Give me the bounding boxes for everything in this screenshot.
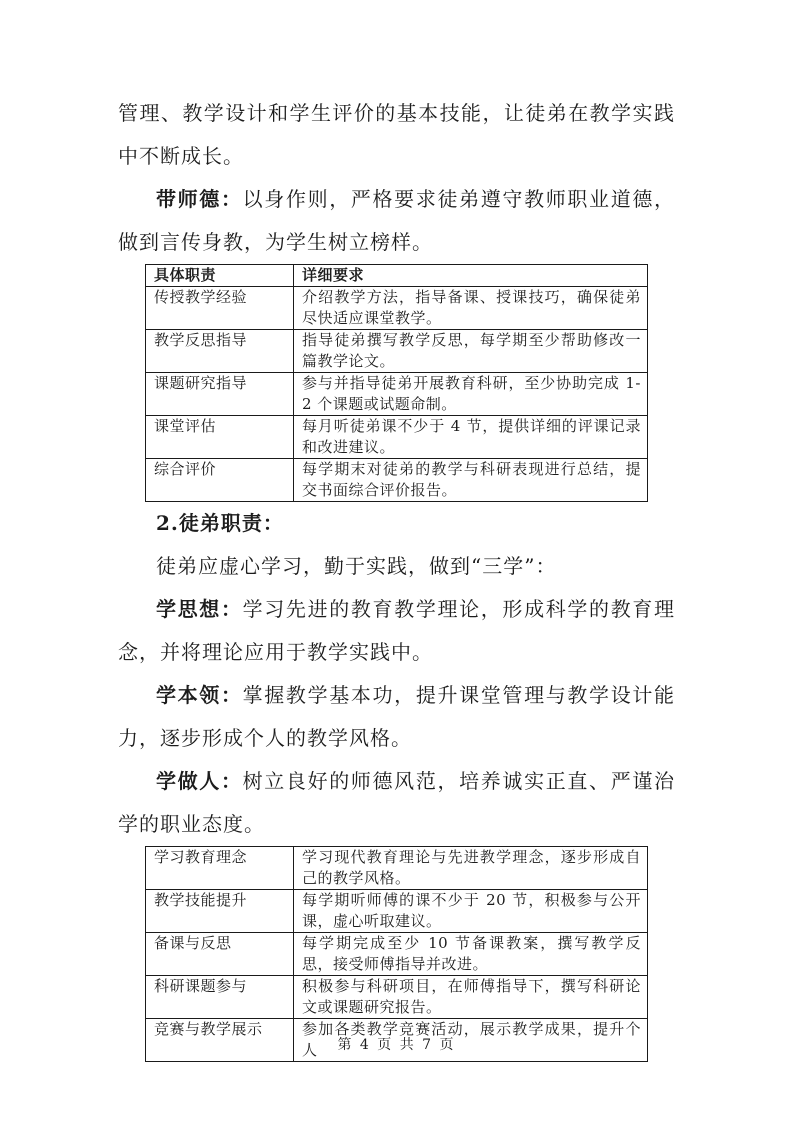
paragraph-daishide: 带师德：以身作则，严格要求徒弟遵守教师职业道德，做到言传身教，为学生树立榜样。: [118, 178, 675, 264]
paragraph-bold-lead: 带师德：: [156, 187, 243, 211]
document-page: 管理、教学设计和学生评价的基本技能，让徒弟在教学实践中不断成长。 带师德：以身作…: [0, 0, 793, 1122]
requirement-cell: 每月听徒弟课不少于 4 节，提供详细的评课记录和改进建议。: [294, 416, 648, 459]
duty-cell: 课堂评估: [146, 416, 294, 459]
requirement-cell: 积极参与科研项目，在师傅指导下，撰写科研论文或课题研究报告。: [294, 976, 648, 1019]
paragraph-bold-lead: 学做人：: [156, 769, 243, 793]
duty-cell: 学习教育理念: [146, 847, 294, 890]
requirement-cell: 每学期听师傅的课不少于 20 节，积极参与公开课，虚心听取建议。: [294, 890, 648, 933]
paragraph-xuezuoren: 学做人：树立良好的师德风范，培养诚实正直、严谨治学的职业态度。: [118, 760, 675, 846]
duty-cell: 课题研究指导: [146, 373, 294, 416]
column-header-requirement: 详细要求: [294, 265, 648, 287]
duty-cell: 传授教学经验: [146, 287, 294, 330]
table-row: 课堂评估 每月听徒弟课不少于 4 节，提供详细的评课记录和改进建议。: [146, 416, 648, 459]
requirement-cell: 每学期完成至少 10 节备课教案，撰写教学反思，接受师傅指导并改进。: [294, 933, 648, 976]
duty-cell: 科研课题参与: [146, 976, 294, 1019]
paragraph-bold-lead: 学思想：: [156, 597, 243, 621]
duty-cell: 综合评价: [146, 459, 294, 502]
apprentice-duties-table: 学习教育理念 学习现代教育理论与先进教学理念，逐步形成自己的教学风格。 教学技能…: [145, 846, 648, 1062]
column-header-duty: 具体职责: [146, 265, 294, 287]
requirement-cell: 指导徒弟撰写教学反思，每学期至少帮助修改一篇教学论文。: [294, 330, 648, 373]
requirement-cell: 介绍教学方法，指导备课、授课技巧，确保徒弟尽快适应课堂教学。: [294, 287, 648, 330]
table-row: 备课与反思 每学期完成至少 10 节备课教案，撰写教学反思，接受师傅指导并改进。: [146, 933, 648, 976]
section-heading-apprentice-duties: 2.徒弟职责：: [118, 502, 675, 545]
document-body: 管理、教学设计和学生评价的基本技能，让徒弟在教学实践中不断成长。 带师德：以身作…: [118, 92, 675, 1062]
table-header-row: 具体职责 详细要求: [146, 265, 648, 287]
paragraph-text: 管理、教学设计和学生评价的基本技能，让徒弟在教学实践中不断成长。: [118, 101, 675, 168]
duty-cell: 教学技能提升: [146, 890, 294, 933]
requirement-cell: 参与并指导徒弟开展教育科研，至少协助完成 1-2 个课题或试题命制。: [294, 373, 648, 416]
table-row: 课题研究指导 参与并指导徒弟开展教育科研，至少协助完成 1-2 个课题或试题命制…: [146, 373, 648, 416]
table-row: 教学反思指导 指导徒弟撰写教学反思，每学期至少帮助修改一篇教学论文。: [146, 330, 648, 373]
table-row: 综合评价 每学期末对徒弟的教学与科研表现进行总结，提交书面综合评价报告。: [146, 459, 648, 502]
table-row: 科研课题参与 积极参与科研项目，在师傅指导下，撰写科研论文或课题研究报告。: [146, 976, 648, 1019]
paragraph-xuesixiang: 学思想：学习先进的教育教学理论，形成科学的教育理念，并将理论应用于教学实践中。: [118, 588, 675, 674]
duty-cell: 备课与反思: [146, 933, 294, 976]
paragraph-sanxue: 徒弟应虚心学习，勤于实践，做到“三学”：: [118, 545, 675, 588]
paragraph-bold-lead: 学本领：: [156, 683, 243, 707]
requirement-cell: 学习现代教育理论与先进教学理念，逐步形成自己的教学风格。: [294, 847, 648, 890]
table-row: 学习教育理念 学习现代教育理论与先进教学理念，逐步形成自己的教学风格。: [146, 847, 648, 890]
table-row: 传授教学经验 介绍教学方法，指导备课、授课技巧，确保徒弟尽快适应课堂教学。: [146, 287, 648, 330]
requirement-cell: 每学期末对徒弟的教学与科研表现进行总结，提交书面综合评价报告。: [294, 459, 648, 502]
duty-cell: 教学反思指导: [146, 330, 294, 373]
table-row: 教学技能提升 每学期听师傅的课不少于 20 节，积极参与公开课，虚心听取建议。: [146, 890, 648, 933]
paragraph-text: 徒弟应虚心学习，勤于实践，做到“三学”：: [156, 554, 556, 578]
page-number: 第 4 页 共 7 页: [0, 1034, 793, 1054]
paragraph-xuebenling: 学本领：掌握教学基本功，提升课堂管理与教学设计能力，逐步形成个人的教学风格。: [118, 674, 675, 760]
paragraph-continuation: 管理、教学设计和学生评价的基本技能，让徒弟在教学实践中不断成长。: [118, 92, 675, 178]
mentor-duties-table: 具体职责 详细要求 传授教学经验 介绍教学方法，指导备课、授课技巧，确保徒弟尽快…: [145, 264, 648, 502]
